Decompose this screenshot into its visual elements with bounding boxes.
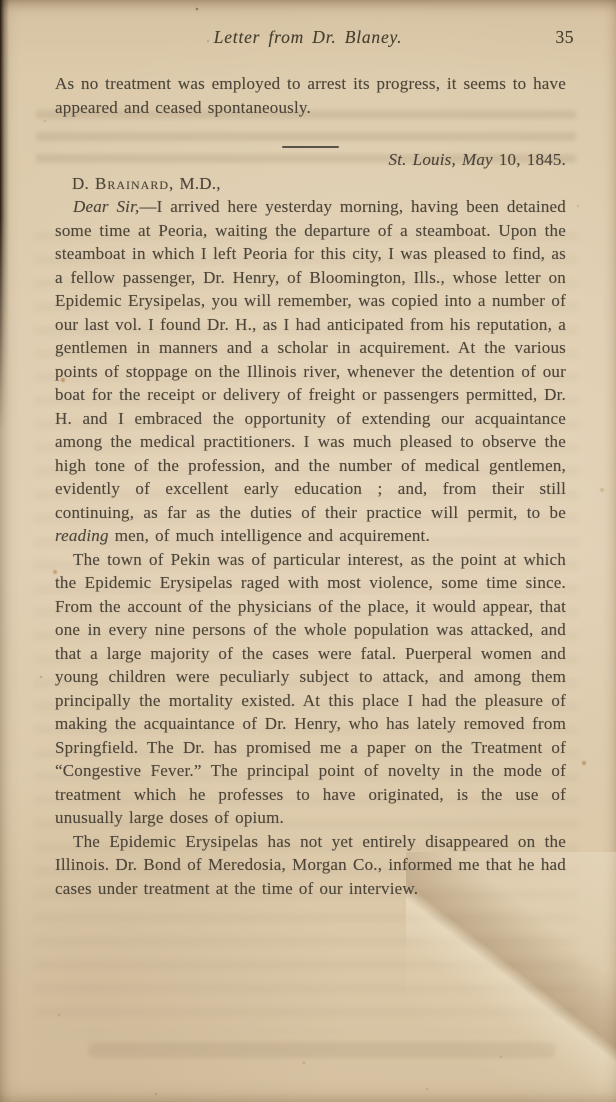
letter-paragraph: Dear Sir,—I arrived here yesterday morni… (55, 195, 566, 548)
page-header: Letter from Dr. Blaney. 35 (0, 27, 616, 49)
letter-salutation: D. Brainard, M.D., (55, 172, 566, 196)
letter-dateline: St. Louis, May 10, 1845. (55, 148, 566, 172)
page-gutter-shadow (0, 0, 9, 430)
letter-paragraph: The Epidemic Erysipelas has not yet enti… (55, 830, 566, 901)
intro-paragraph: As no treatment was employed to arrest i… (55, 72, 566, 119)
running-title: Letter from Dr. Blaney. (0, 27, 616, 48)
book-page-scan: Letter from Dr. Blaney. 35 As no treatme… (0, 0, 616, 1102)
page-number: 35 (556, 27, 575, 48)
letter-paragraph: The town of Pekin was of particular inte… (55, 548, 566, 830)
page-body: As no treatment was employed to arrest i… (55, 72, 566, 900)
foxing-specks (0, 0, 2, 2)
